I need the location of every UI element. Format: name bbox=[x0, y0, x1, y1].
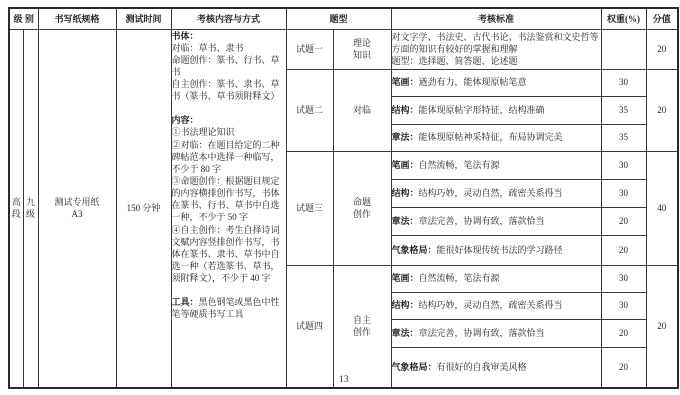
standard-prefix: 章法： bbox=[392, 328, 419, 338]
grade-assessment-table: 级 别 书写纸规格 测试时间 考核内容与方式 题型 考核标准 权重(%) 分值 … bbox=[8, 7, 679, 389]
standard-prefix: 笔画： bbox=[392, 77, 419, 87]
cell-weight-12: 20 bbox=[601, 347, 646, 388]
standard-text: 能很好体现传统书法的学习路径 bbox=[437, 245, 563, 255]
standard-text: 章法完善，协调有致，落款恰当 bbox=[419, 328, 545, 338]
section-body: 对临：草书、隶书 命题创作：篆书、行书、草书 自主创作：篆书、隶书、草书（篆书、… bbox=[172, 43, 280, 102]
cell-weight-4: 35 bbox=[601, 124, 646, 151]
cell-stage: 高 段 bbox=[9, 29, 23, 388]
cell-assessment-content: 书体：对临：草书、隶书 命题创作：篆书、行书、草书 自主创作：篆书、隶书、草书（… bbox=[171, 29, 286, 388]
document-page: 级 别 书写纸规格 测试时间 考核内容与方式 题型 考核标准 权重(%) 分值 … bbox=[0, 0, 680, 395]
section-title: 工具： bbox=[172, 297, 199, 307]
standard-prefix: 结构： bbox=[392, 105, 419, 115]
cell-weight-11: 20 bbox=[601, 319, 646, 347]
cell-question-2-type: 对临 bbox=[333, 69, 391, 151]
standard-text: 自然流畅，笔法有源 bbox=[419, 273, 500, 283]
standard-text: 遒劲有力，能体现原帖笔意 bbox=[419, 77, 527, 87]
cell-weight-5: 30 bbox=[601, 151, 646, 179]
cell-score-q4: 20 bbox=[646, 265, 678, 388]
standard-text: 能体现原帖神采特征，布局协调完美 bbox=[419, 132, 563, 142]
cell-paper-spec: 测试专用纸 A3 bbox=[38, 29, 116, 388]
cell-weight-10: 30 bbox=[601, 292, 646, 319]
content-section-content: 内容：①书法理论知识 ②对临：在题目给定的二种碑帖范本中选择一种临写，不少于 8… bbox=[172, 114, 286, 284]
content-section-scripts: 书体：对临：草书、隶书 命题创作：篆书、行书、草书 自主创作：篆书、隶书、草书（… bbox=[172, 30, 286, 103]
cell-score-q1: 20 bbox=[646, 29, 678, 69]
standard-text: 结构巧妙，灵动自然，疏密关系得当 bbox=[419, 300, 563, 310]
header-assessment-content: 考核内容与方式 bbox=[171, 8, 286, 29]
cell-weight-1 bbox=[601, 29, 646, 69]
page-number: 13 bbox=[339, 375, 349, 385]
standard-text: 章法完善，协调有致，落款恰当 bbox=[419, 216, 545, 226]
header-level: 级 别 bbox=[9, 8, 38, 29]
cell-standard-11: 章法：章法完善，协调有致，落款恰当 bbox=[391, 319, 601, 347]
header-test-time: 测试时间 bbox=[116, 8, 171, 29]
cell-weight-3: 35 bbox=[601, 96, 646, 124]
header-weight: 权重(%) bbox=[601, 8, 646, 29]
section-title: 书体： bbox=[172, 30, 286, 42]
cell-weight-7: 20 bbox=[601, 207, 646, 235]
cell-question-1-name: 试题一 bbox=[286, 29, 333, 69]
cell-question-4-name: 试题四 bbox=[286, 265, 333, 388]
cell-standard-8: 气象格局：能很好体现传统书法的学习路径 bbox=[391, 235, 601, 265]
cell-standard-1: 对文字学、书法史、古代书论、书法鉴赏和文史哲等方面的知识有较好的掌握和理解 题型… bbox=[391, 29, 601, 69]
cell-standard-3: 结构：能体现原帖字形特征，结构准确 bbox=[391, 96, 601, 124]
standard-prefix: 结构： bbox=[392, 300, 419, 310]
standard-prefix: 笔画： bbox=[392, 273, 419, 283]
standard-text: 自然流畅，笔法有源 bbox=[419, 160, 500, 170]
standard-text: 有很好的自我审美风格 bbox=[437, 362, 527, 372]
cell-weight-6: 30 bbox=[601, 179, 646, 207]
cell-standard-6: 结构：结构巧妙，灵动自然，疏密关系得当 bbox=[391, 179, 601, 207]
cell-question-1-type: 理论 知识 bbox=[333, 29, 391, 69]
standard-text: 结构巧妙，灵动自然，疏密关系得当 bbox=[419, 188, 563, 198]
cell-weight-2: 30 bbox=[601, 69, 646, 96]
cell-test-time: 150 分钟 bbox=[116, 29, 171, 388]
cell-question-3-type: 命题 创作 bbox=[333, 151, 391, 265]
cell-question-4-type: 自主 创作 bbox=[333, 265, 391, 388]
standard-prefix: 章法： bbox=[392, 216, 419, 226]
standard-prefix: 气象格局： bbox=[392, 245, 437, 255]
cell-question-2-name: 试题二 bbox=[286, 69, 333, 151]
cell-standard-10: 结构：结构巧妙，灵动自然，疏密关系得当 bbox=[391, 292, 601, 319]
section-body: ①书法理论知识 ②对临：在题目给定的二种碑帖范本中选择一种临写，不少于 80 字… bbox=[172, 127, 280, 283]
cell-standard-5: 笔画：自然流畅，笔法有源 bbox=[391, 151, 601, 179]
content-section-tools: 工具：黑色钢笔或黑色中性笔等硬质书写工具 bbox=[172, 296, 286, 320]
cell-score-q3: 40 bbox=[646, 151, 678, 265]
standard-line: 对文字学、书法史、古代书论、书法鉴赏和文史哲等方面的知识有较好的掌握和理解 bbox=[392, 31, 601, 55]
standard-text: 能体现原帖字形特征，结构准确 bbox=[419, 105, 545, 115]
header-paper-spec: 书写纸规格 bbox=[38, 8, 116, 29]
cell-grade: 九 级 bbox=[23, 29, 38, 388]
standard-prefix: 章法： bbox=[392, 132, 419, 142]
cell-score-q2: 20 bbox=[646, 69, 678, 151]
cell-standard-2: 笔画：遒劲有力，能体现原帖笔意 bbox=[391, 69, 601, 96]
cell-standard-7: 章法：章法完善，协调有致，落款恰当 bbox=[391, 207, 601, 235]
section-title: 内容： bbox=[172, 114, 286, 126]
cell-standard-4: 章法：能体现原帖神采特征，布局协调完美 bbox=[391, 124, 601, 151]
standard-prefix: 笔画： bbox=[392, 160, 419, 170]
header-row: 级 别 书写纸规格 测试时间 考核内容与方式 题型 考核标准 权重(%) 分值 bbox=[9, 8, 678, 29]
cell-standard-9: 笔画：自然流畅，笔法有源 bbox=[391, 265, 601, 292]
cell-weight-9: 30 bbox=[601, 265, 646, 292]
header-question-type: 题型 bbox=[286, 8, 391, 29]
header-standard: 考核标准 bbox=[391, 8, 601, 29]
standard-line: 题型：选择题、简答题、论述题 bbox=[392, 55, 601, 67]
cell-standard-12: 气象格局：有很好的自我审美风格 bbox=[391, 347, 601, 388]
header-score: 分值 bbox=[646, 8, 678, 29]
table-row: 高 段 九 级 测试专用纸 A3 150 分钟 书体：对临：草书、隶书 命题创作… bbox=[9, 29, 678, 69]
cell-weight-8: 20 bbox=[601, 235, 646, 265]
standard-prefix: 结构： bbox=[392, 188, 419, 198]
cell-question-3-name: 试题三 bbox=[286, 151, 333, 265]
standard-prefix: 气象格局： bbox=[392, 362, 437, 372]
